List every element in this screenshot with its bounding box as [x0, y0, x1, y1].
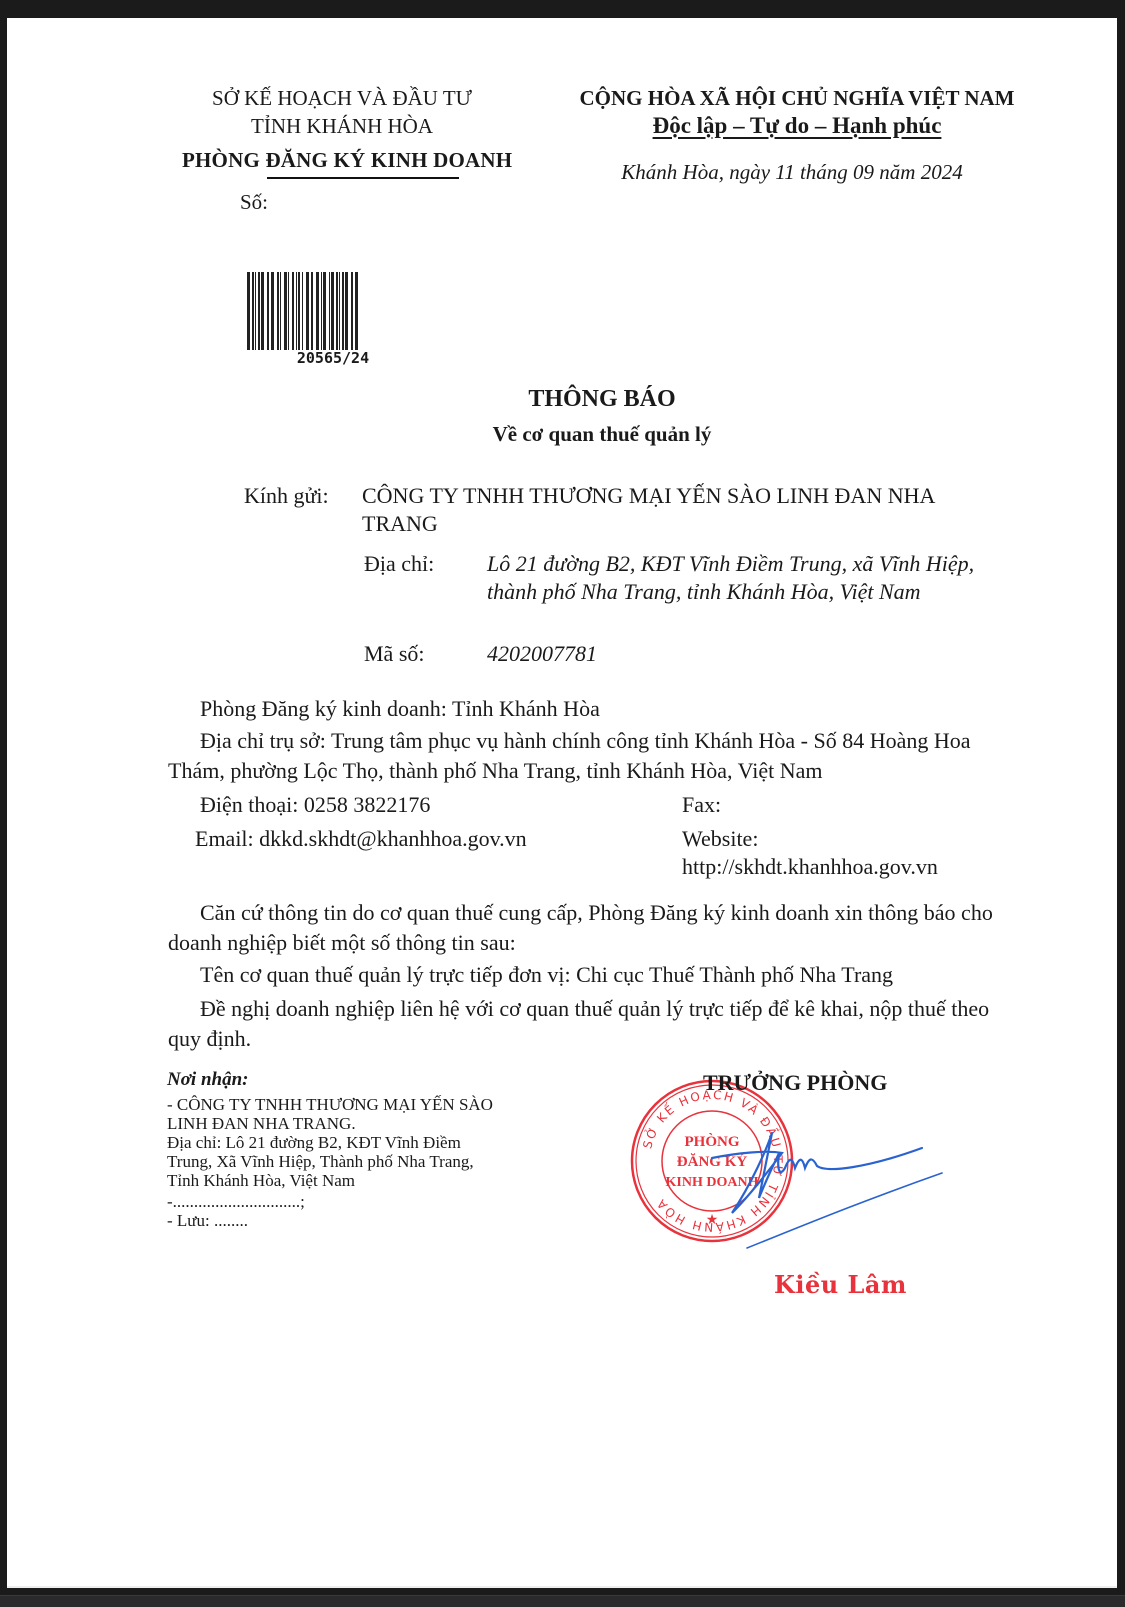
body-paragraph-1: Căn cứ thông tin do cơ quan thuế cung cấ… [168, 898, 1018, 958]
recipients-heading: Nơi nhận: [167, 1070, 497, 1089]
document-title: THÔNG BÁO [7, 386, 1125, 413]
recipient-label: Kính gửi: [244, 482, 329, 510]
signer-title: TRƯỞNG PHÒNG [703, 1070, 887, 1096]
place-date: Khánh Hòa, ngày 11 tháng 09 năm 2024 [592, 160, 992, 185]
document-subtitle: Về cơ quan thuế quản lý [7, 422, 1125, 447]
body-paragraph-2: Tên cơ quan thuế quản lý trực tiếp đơn v… [168, 960, 1018, 990]
signer-name: Kiều Lâm [774, 1270, 907, 1299]
document-page: SỞ KẾ HOẠCH VÀ ĐẦU TƯ TỈNH KHÁNH HÒA PHÒ… [7, 18, 1117, 1588]
recipients-line: - Lưu: ........ [167, 1211, 497, 1230]
document-number-label: Số: [240, 190, 268, 215]
recipient-address: Lô 21 đường B2, KĐT Vĩnh Điềm Trung, xã … [487, 550, 987, 606]
office-website: http://skhdt.khanhhoa.gov.vn [682, 852, 938, 882]
barcode-number: 20565/24 [247, 349, 419, 367]
office-email: Email: dkkd.skhdt@khanhhoa.gov.vn [195, 824, 527, 854]
issuer-header: SỞ KẾ HOẠCH VÀ ĐẦU TƯ TỈNH KHÁNH HÒA PHÒ… [182, 84, 502, 174]
recipient-name: CÔNG TY TNHH THƯƠNG MẠI YẾN SÀO LINH ĐAN… [362, 482, 1012, 538]
recipients-block: Nơi nhận: - CÔNG TY TNHH THƯƠNG MẠI YẾN … [167, 1070, 497, 1230]
body-paragraph-3: Đề nghị doanh nghiệp liên hệ với cơ quan… [168, 994, 1018, 1054]
header-divider [267, 177, 459, 179]
national-header: CỘNG HÒA XÃ HỘI CHỦ NGHĨA VIỆT NAM Độc l… [562, 84, 1032, 140]
issuer-line-1: SỞ KẾ HOẠCH VÀ ĐẦU TƯ [182, 84, 502, 112]
viewer-bottom-bar [0, 1595, 1125, 1607]
country-name: CỘNG HÒA XÃ HỘI CHỦ NGHĨA VIỆT NAM [562, 84, 1032, 112]
recipient-code: 4202007781 [487, 640, 597, 668]
recipients-line: - CÔNG TY TNHH THƯƠNG MẠI YẾN SÀO LINH Đ… [167, 1095, 497, 1133]
handwritten-signature-icon [707, 1128, 947, 1258]
recipients-line: Địa chỉ: Lô 21 đường B2, KĐT Vĩnh Điềm T… [167, 1133, 497, 1190]
office-name: Phòng Đăng ký kinh doanh: Tỉnh Khánh Hòa [200, 694, 600, 724]
office-address: Địa chỉ trụ sở: Trung tâm phục vụ hành c… [168, 726, 1018, 786]
office-fax: Fax: [682, 790, 721, 820]
issuer-department: PHÒNG ĐĂNG KÝ KINH DOANH [182, 146, 502, 174]
recipient-code-label: Mã số: [364, 640, 425, 668]
office-phone: Điện thoại: 0258 3822176 [200, 790, 430, 820]
recipient-address-label: Địa chỉ: [364, 550, 434, 578]
issuer-line-2: TỈNH KHÁNH HÒA [182, 112, 502, 140]
office-website-label: Website: [682, 824, 758, 854]
barcode [247, 272, 419, 350]
recipients-line: -..............................; [167, 1192, 497, 1211]
national-motto: Độc lập – Tự do – Hạnh phúc [562, 112, 1032, 140]
